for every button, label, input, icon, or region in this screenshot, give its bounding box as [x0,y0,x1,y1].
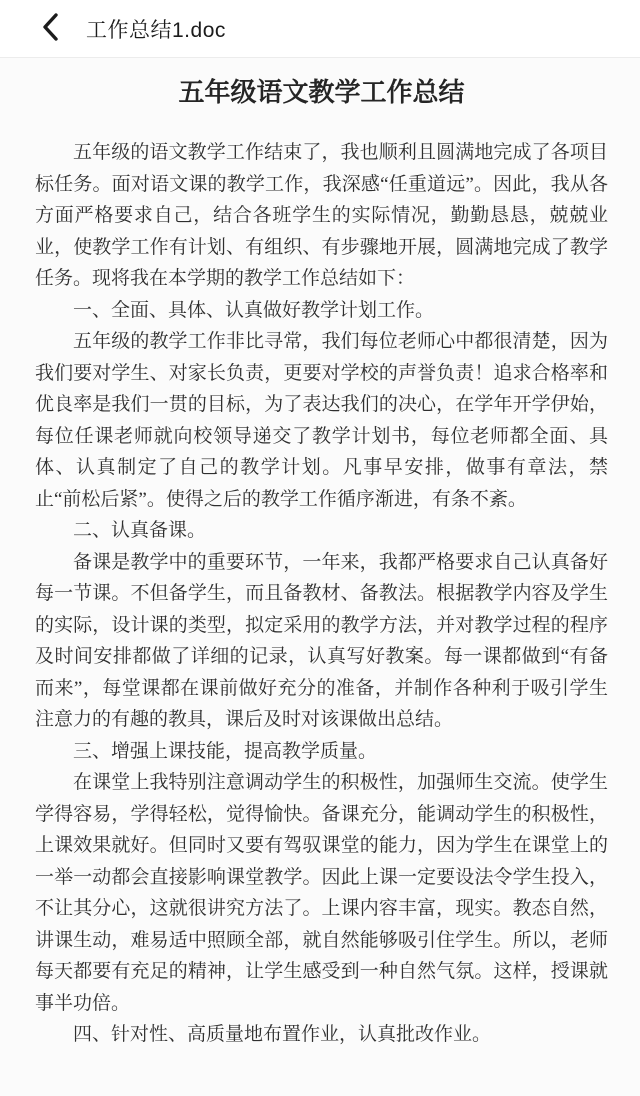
document-scroll-area[interactable]: 五年级语文教学工作总结 五年级的语文教学工作结束了，我也顺利且圆满地完成了各项目… [0,58,640,1096]
doc-paragraph-section-3: 在课堂上我特别注意调动学生的积极性，加强师生交流。使学生学得容易，学得轻松，觉得… [35,767,608,1019]
chevron-left-icon [41,12,59,45]
file-name-title: 工作总结1.doc [86,14,226,44]
doc-heading-section-1: 一、全面、具体、认真做好教学计划工作。 [35,295,608,327]
doc-paragraph-intro: 五年级的语文教学工作结束了，我也顺利且圆满地完成了各项目标任务。面对语文课的教学… [35,137,608,295]
doc-paragraph-section-2: 备课是教学中的重要环节，一年来，我都严格要求自己认真备好每一节课。不但备学生，而… [35,547,608,736]
doc-heading-section-4: 四、针对性、高质量地布置作业，认真批改作业。 [35,1019,608,1051]
document-viewer-screen: 工作总结1.doc 五年级语文教学工作总结 五年级的语文教学工作结束了，我也顺利… [0,0,640,1096]
doc-heading-section-2: 二、认真备课。 [35,515,608,547]
back-button[interactable] [30,9,70,49]
document-title: 五年级语文教学工作总结 [35,74,608,112]
doc-paragraph-section-1: 五年级的教学工作非比寻常，我们每位老师心中都很清楚，因为我们要对学生、对家长负责… [35,326,608,515]
app-header: 工作总结1.doc [0,0,640,58]
doc-heading-section-3: 三、增强上课技能，提高教学质量。 [35,736,608,768]
